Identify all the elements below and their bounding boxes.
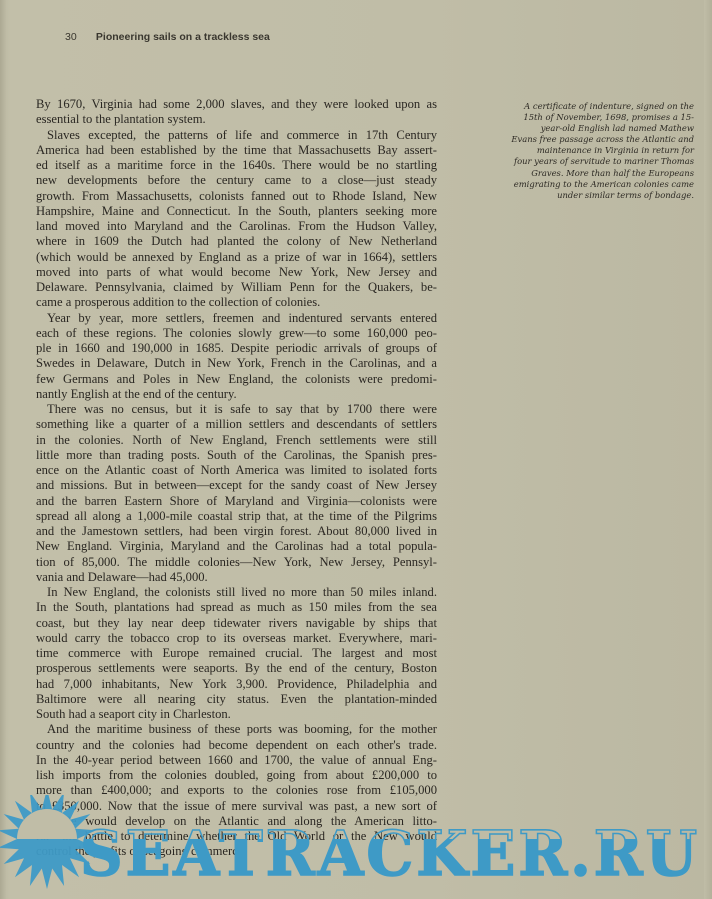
text-line: New England. Virginia, Maryland and the … (36, 539, 437, 554)
text-line: more than £400,000; and exports to the c… (36, 783, 437, 798)
text-line: Baltimore were all nearing city status. … (36, 692, 437, 707)
text-line: In the 40-year period between 1660 and 1… (36, 753, 437, 768)
text-line: Slaves excepted, the patterns of life an… (36, 128, 437, 143)
text-line: had 7,000 inhabitants, New York 3,900. P… (36, 677, 437, 692)
page-edge-right (704, 0, 712, 899)
text-line: Year by year, more settlers, freemen and… (36, 311, 437, 326)
text-line: In the South, plantations had spread as … (36, 600, 437, 615)
caption-line: four years of servitude to mariner Thoma… (505, 156, 694, 167)
paragraph: Slaves excepted, the patterns of life an… (36, 128, 437, 311)
text-line: South had a seaport city in Charleston. (36, 707, 437, 722)
text-line: (which would be annexed by England as a … (36, 250, 437, 265)
text-line: moved into parts of what would become Ne… (36, 265, 437, 280)
text-line: By 1670, Virginia had some 2,000 slaves,… (36, 97, 437, 112)
text-line: Swedes in Delaware, Dutch in New York, F… (36, 356, 437, 371)
paragraph: By 1670, Virginia had some 2,000 slaves,… (36, 97, 437, 128)
text-line: There was no census, but it is safe to s… (36, 402, 437, 417)
page-number: 30 (65, 31, 93, 43)
text-line: and missions. But in between—except for … (36, 478, 437, 493)
text-line: would carry the tobacco crop to its over… (36, 631, 437, 646)
caption-line: A certificate of indenture, signed on th… (505, 101, 694, 112)
caption-line: under similar terms of bondage. (505, 190, 694, 201)
text-line: land moved into Maryland and the Carolin… (36, 219, 437, 234)
text-line: tion of 85,000. The middle colonies—New … (36, 555, 437, 570)
paragraph: There was no census, but it is safe to s… (36, 402, 437, 585)
text-line: ed itself as a maritime force in the 164… (36, 158, 437, 173)
text-line: vania and Delaware—had 45,000. (36, 570, 437, 585)
page-edge-left (0, 0, 6, 899)
running-head: 30 Pioneering sails on a trackless sea (65, 31, 270, 43)
text-line: essential to the plantation system. (36, 112, 437, 127)
text-line: growth. From Massachusetts, colonists fa… (36, 189, 437, 204)
text-line: Hampshire, Maine and Connecticut. In the… (36, 204, 437, 219)
caption-line: emigrating to the American colonies came (505, 179, 694, 190)
caption-line: 15th of November, 1698, promises a 15- (505, 112, 694, 123)
text-line: country and the colonies had become depe… (36, 738, 437, 753)
text-line: Delaware. Pennsylvania, claimed by Willi… (36, 280, 437, 295)
text-line: And the maritime business of these ports… (36, 722, 437, 737)
paragraph: Year by year, more settlers, freemen and… (36, 311, 437, 403)
text-line: In New England, the colonists still live… (36, 585, 437, 600)
text-line: control the profits of seagoing commerce… (36, 844, 437, 859)
caption-line: Graves. More than half the Europeans (505, 168, 694, 179)
text-line: something like a quarter of a million se… (36, 417, 437, 432)
text-line: spread all along a 1,000-mile coastal st… (36, 509, 437, 524)
paragraph: In New England, the colonists still live… (36, 585, 437, 722)
text-line: and the barren Eastern Shore of Maryland… (36, 494, 437, 509)
text-line: time commerce with Europe remained cruci… (36, 646, 437, 661)
image-caption: A certificate of indenture, signed on th… (505, 101, 694, 201)
text-line: in the colonies. North of New England, F… (36, 433, 437, 448)
paragraph: And the maritime business of these ports… (36, 722, 437, 859)
text-line: and the Jamestown settlers, had been vir… (36, 524, 437, 539)
text-line: little more than trading posts. South of… (36, 448, 437, 463)
text-line: each of these regions. The colonies slow… (36, 326, 437, 341)
text-line: prosperous settlements were seaports. By… (36, 661, 437, 676)
text-line: came a prosperous addition to the collec… (36, 295, 437, 310)
text-line: nantly English at the end of the century… (36, 387, 437, 402)
text-line: coast, but they lay near deep tidewater … (36, 616, 437, 631)
text-line: to £350,000. Now that the issue of mere … (36, 799, 437, 814)
text-line: new developments before the century came… (36, 173, 437, 188)
text-line: ence on the Atlantic coast of North Amer… (36, 463, 437, 478)
text-line: where in 1609 the Dutch had planted the … (36, 234, 437, 249)
text-line: America had been established by the time… (36, 143, 437, 158)
caption-line: Evans free passage across the Atlantic a… (505, 134, 694, 145)
caption-line: year-old English lad named Mathew (505, 123, 694, 134)
text-line: ple in 1660 and 190,000 in 1685. Despite… (36, 341, 437, 356)
text-line: few Germans and Poles in New England, th… (36, 372, 437, 387)
body-text: By 1670, Virginia had some 2,000 slaves,… (36, 97, 437, 860)
text-line: ral—the battle to determine whether the … (36, 829, 437, 844)
caption-line: maintenance in Virginia in return for (505, 145, 694, 156)
text-line: lish imports from the colonies doubled, … (36, 768, 437, 783)
chapter-title: Pioneering sails on a trackless sea (96, 31, 270, 43)
text-line: struggle would develop on the Atlantic a… (36, 814, 437, 829)
